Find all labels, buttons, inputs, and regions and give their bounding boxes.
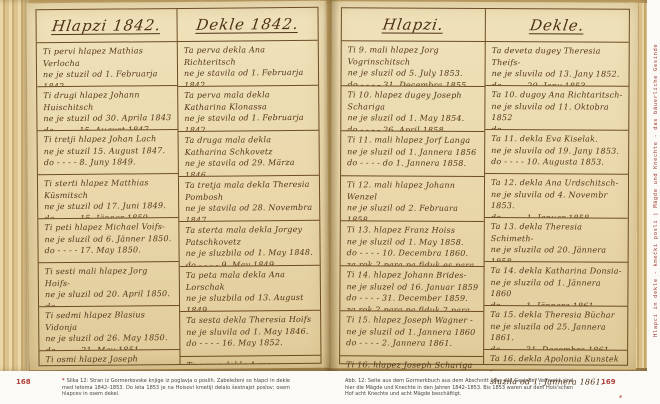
- register-entry: Ti sterti hlapez Matthias Küsmitsch ne j…: [38, 174, 178, 219]
- register-entry: Ti 11. mali hlapez Jorf Langa ne je sluz…: [341, 131, 484, 177]
- register-entry: Ti sesti mali hlapez Jorg Hoifs- ne je s…: [39, 262, 179, 307]
- register-entry: Ta 10. dugoy Ana Richtaritsch- ne je slu…: [485, 86, 628, 131]
- caption-marker: *: [62, 378, 65, 384]
- register-entry: Ta tretja mala dekla Theresia Pombosh ne…: [179, 176, 319, 222]
- column-hlapzi-right: Ti 9. mali hlapez Jorg Vogrinschitsch ne…: [340, 41, 486, 364]
- register-entry: Ta 12. dekla Ana Urdschitsch- ne je sluv…: [485, 174, 628, 219]
- caption-slovenian: *Slika 12: Stran iz Gormerkovske knjige …: [62, 378, 290, 398]
- register-entry: Ta perva dekla Ana Richteritsch ne je st…: [178, 41, 318, 87]
- register-entry: Ti 12. mali hlapez Johann Wenzel ne je s…: [341, 176, 484, 222]
- register-entry: Ta peta mala dekla Ana Lorschak ne je sl…: [180, 266, 320, 312]
- book-photo: Hlapzi 1842. Dekle 1842. Ti pervi hlapez…: [0, 0, 647, 371]
- header-row: Hlapzi 1842. Dekle 1842.: [36, 8, 317, 43]
- register-entry: Ta perva mala dekla Katharina Klonassa n…: [178, 86, 318, 132]
- caption-text-slovenian: Slika 12: Stran iz Gormerkovske knjige i…: [62, 378, 290, 397]
- column-header-dekle-1842: Dekle 1842.: [175, 8, 319, 41]
- column-hlapzi-left: Ti pervi hlapez Mathias Verlocha ne je s…: [37, 42, 181, 365]
- register-entry: Ta deveta dugey Theresia Theifs- ne je s…: [486, 42, 629, 87]
- register-entry: Ta 11. dekla Eva Kiselak. ne je sluvila …: [485, 130, 628, 175]
- column-dekle-left: Ta perva dekla Ana Richteritsch ne je st…: [178, 41, 321, 364]
- page-number-left: 168: [16, 378, 31, 386]
- column-header-hlapzi: Hlapzi.: [340, 8, 488, 41]
- register-entry: Ta 14. dekla Katharina Donsia- ne je slu…: [484, 262, 627, 307]
- register-entry: Ti 15. hlapez Joseph Wagner - ne je sluz…: [340, 311, 483, 357]
- register-entry: Ti 10. hlapez dugey Joseph Schariga ne j…: [341, 86, 484, 132]
- register-entry: Ti drugi hlapez Johann Huischitsch ne je…: [37, 86, 177, 131]
- register-entry: Ti sedmi hlapez Blasius Vidonja ne je sl…: [39, 306, 179, 351]
- page-edges-left: [0, 0, 29, 371]
- register-entry: Ta 13. dekla Theresia Schimeth- ne je sl…: [485, 218, 628, 263]
- register-entry: Ti 16. hlapez Joseph Schariga: [340, 356, 483, 402]
- header-row: Hlapzi. Dekle.: [342, 8, 629, 43]
- register-entry: Ti peti hlapez Michael Voifs- ne je sluz…: [38, 218, 178, 263]
- register-entry: Ti osmi hlapez Joseph Schariga.: [39, 350, 179, 365]
- register-entry: Ta 15. dekla Theresia Büchar ne je sluzi…: [484, 306, 627, 351]
- register-entry: Ti 13. hlapez Franz Hoiss ne je sluzil o…: [341, 221, 484, 267]
- register-entry: Ta sesta dekla Theresia Hoifs ne je sluv…: [180, 311, 320, 357]
- column-dekle-right: Ta deveta dugey Theresia Theifs- ne je s…: [484, 42, 629, 365]
- register-page-left: Hlapzi 1842. Dekle 1842. Ti pervi hlapez…: [26, 1, 329, 371]
- book-gutter-shadow: [323, 0, 339, 371]
- register-entry: Ti tretji hlapez Johan Lach ne je stuzil…: [38, 130, 178, 175]
- chapter-margin-label: Hlapci in dekle - kmečki posli | Mägde u…: [653, 55, 659, 325]
- register-entry: Ta osma dekla Agnes Schargan: [180, 356, 320, 364]
- register-entry: Ti 14. hlapez Johann Brides- ne je sluze…: [340, 266, 483, 312]
- register-entry: Ti pervi hlapez Mathias Verlocha ne je s…: [37, 42, 177, 87]
- register-table-left: Hlapzi 1842. Dekle 1842. Ti pervi hlapez…: [35, 7, 321, 366]
- column-header-hlapzi-1842: Hlapzi 1842.: [34, 9, 178, 42]
- register-entry: Ta sterta mala dekla Jorgey Patschkovetz…: [179, 221, 319, 267]
- footnote-asterisk: *: [619, 395, 622, 402]
- column-header-dekle: Dekle.: [484, 9, 632, 42]
- register-entry: Ta 16. dekla Apolonia Kunstek - sluzila …: [484, 350, 627, 395]
- register-table-right: Hlapzi. Dekle. Ti 9. mali hlapez Jorg Vo…: [339, 7, 630, 366]
- register-entry: Ta druga mala dekla Katharina Schkovetz …: [179, 131, 319, 177]
- register-page-right: Hlapzi. Dekle. Ti 9. mali hlapez Jorg Vo…: [330, 1, 638, 370]
- register-entry: Ti 9. mali hlapez Jorg Vogrinschitsch ne…: [342, 41, 485, 87]
